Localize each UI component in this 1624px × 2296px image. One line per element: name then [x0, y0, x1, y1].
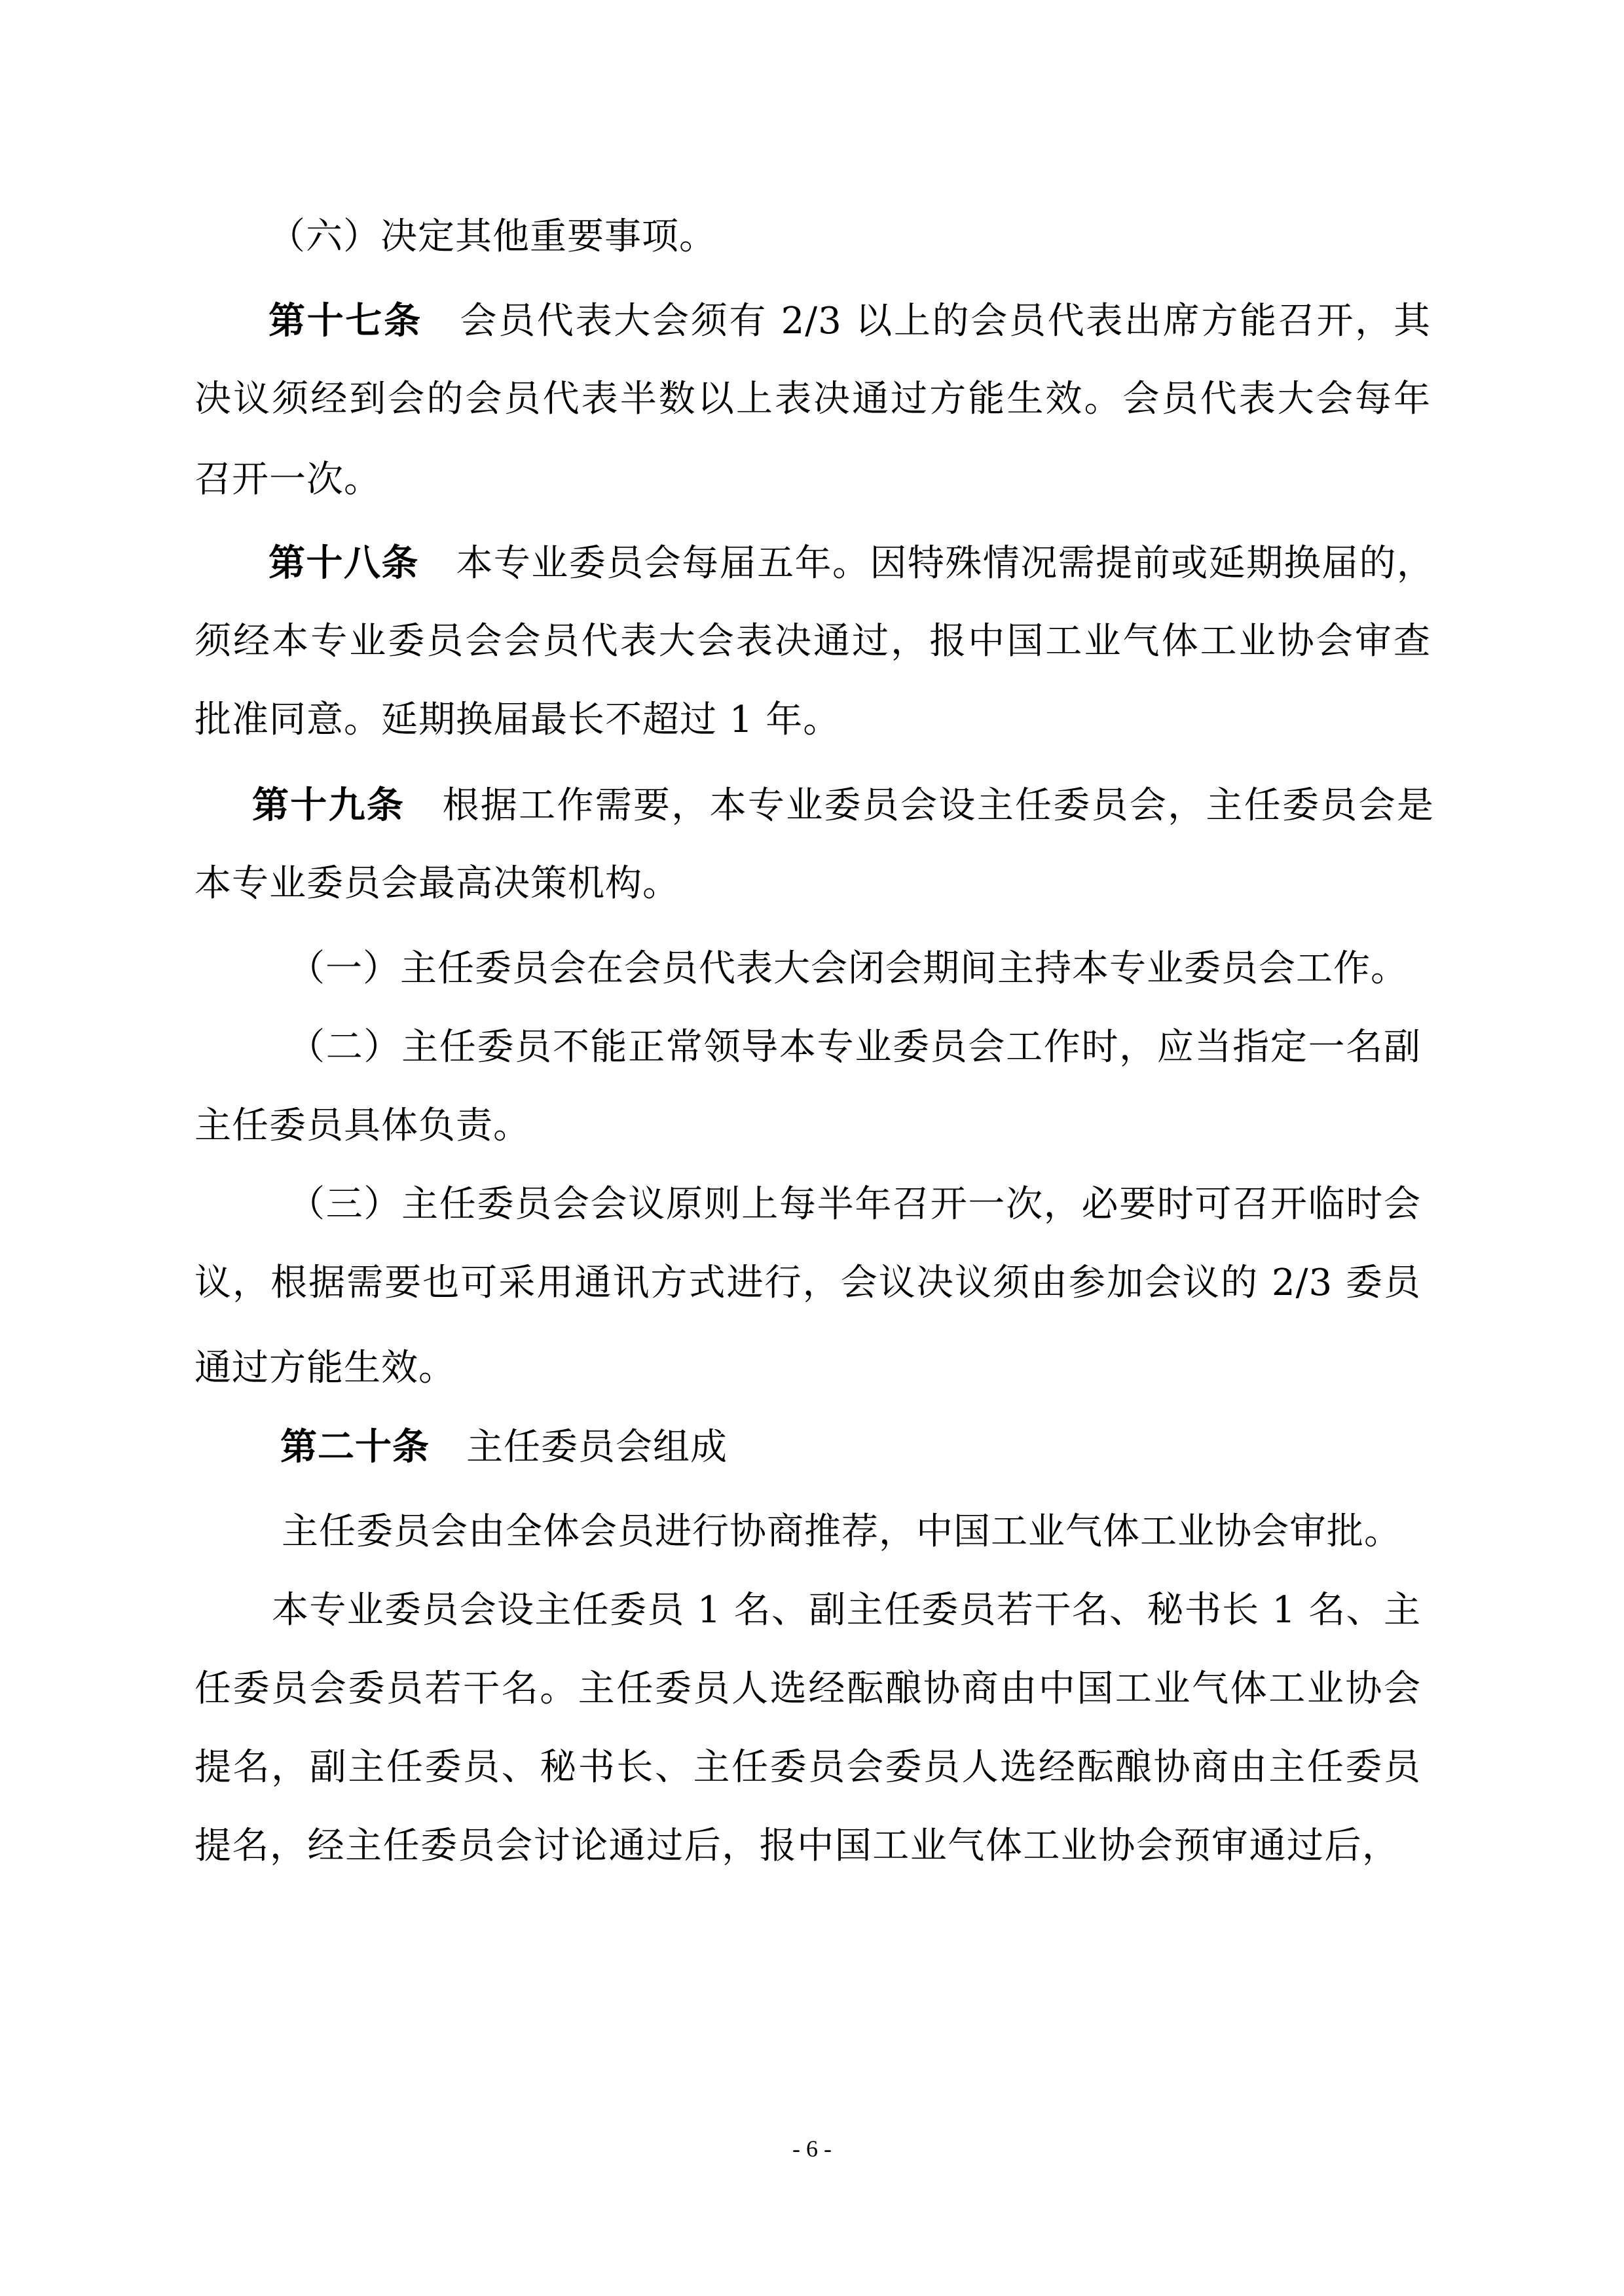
line-text: 本专业委员会最高决策机构。 — [194, 862, 680, 905]
paragraph-line: 本专业委员会最高决策机构。 — [194, 858, 1432, 910]
line-text: （二）主任委员不能正常领导本专业委员会工作时，应当指定一名副 — [288, 1026, 1421, 1068]
paragraph-line: 提名，副主任委员、秘书长、主任委员会委员人选经酝酿协商由主任委员 — [194, 1741, 1421, 1794]
line-text: 根据工作需要，本专业委员会设主任委员会，主任委员会是 — [441, 784, 1434, 827]
paragraph-line: 主任委员会由全体会员进行协商推荐，中国工业气体工业协会审批。 — [282, 1506, 1434, 1558]
paragraph-line: 决议须经到会的会员代表半数以上表决通过方能生效。会员代表大会每年 — [194, 373, 1431, 426]
article-label: 第二十条 — [280, 1425, 430, 1468]
list-item-line: （二）主任委员不能正常领导本专业委员会工作时，应当指定一名副 — [288, 1021, 1421, 1074]
paragraph-line: 须经本专业委员会会员代表大会表决通过，报中国工业气体工业协会审查 — [194, 615, 1431, 668]
line-text: 召开一次。 — [194, 458, 381, 501]
paragraph-line: 召开一次。 — [194, 454, 1432, 506]
paragraph-line: 议，根据需要也可采用通讯方式进行，会议决议须由参加会议的 2/3 委员 — [194, 1257, 1421, 1309]
page-number: - 6 - — [0, 2136, 1624, 2162]
list-item-line: （一）主任委员会在会员代表大会闭会期间主持本专业委员会工作。 — [288, 943, 1434, 995]
article-20-heading-line: 第二十条主任委员会组成 — [280, 1421, 1433, 1473]
line-text: 决议须经到会的会员代表半数以上表决通过方能生效。会员代表大会每年 — [194, 378, 1431, 420]
article-18-heading-line: 第十八条本专业委员会每届五年。因特殊情况需提前或延期换届的， — [268, 537, 1434, 589]
paragraph-line: 任委员会委员若干名。主任委员人选经酝酿协商由中国工业气体工业协会 — [194, 1663, 1421, 1715]
article-17-heading-line: 第十七条会员代表大会须有 2/3 以上的会员代表出席方能召开，其 — [268, 295, 1431, 347]
line-text: 主任委员会组成 — [466, 1426, 728, 1468]
article-label: 第十八条 — [268, 541, 419, 585]
line-text: 批准同意。延期换届最长不超过 1 年。 — [194, 699, 840, 741]
line-text: 须经本专业委员会会员代表大会表决通过，报中国工业气体工业协会审查 — [194, 620, 1431, 663]
line-text: 会员代表大会须有 2/3 以上的会员代表出席方能召开，其 — [459, 300, 1431, 342]
paragraph-line: （六）决定其他重要事项。 — [268, 211, 1434, 263]
line-text: （一）主任委员会在会员代表大会闭会期间主持本专业委员会工作。 — [288, 947, 1408, 990]
line-text: （六）决定其他重要事项。 — [268, 215, 716, 258]
document-page: （六）决定其他重要事项。 第十七条会员代表大会须有 2/3 以上的会员代表出席方… — [0, 0, 1624, 2296]
line-text: 通过方能生效。 — [194, 1347, 456, 1389]
line-text: 本专业委员会设主任委员 1 名、副主任委员若干名、秘书长 1 名、主 — [272, 1589, 1421, 1631]
paragraph-line: 通过方能生效。 — [194, 1342, 1432, 1394]
article-label: 第十九条 — [252, 784, 405, 827]
line-text: 主任委员会由全体会员进行协商推荐，中国工业气体工业协会审批。 — [282, 1510, 1401, 1553]
line-text: 任委员会委员若干名。主任委员人选经酝酿协商由中国工业气体工业协会 — [194, 1667, 1421, 1710]
line-text: 主任委员具体负责。 — [194, 1104, 530, 1147]
paragraph-line: 批准同意。延期换届最长不超过 1 年。 — [194, 694, 1432, 746]
paragraph-line: 本专业委员会设主任委员 1 名、副主任委员若干名、秘书长 1 名、主 — [272, 1584, 1421, 1637]
line-text: （三）主任委员会会议原则上每半年召开一次，必要时可召开临时会 — [288, 1183, 1421, 1226]
line-text: 本专业委员会每届五年。因特殊情况需提前或延期换届的， — [456, 542, 1434, 585]
paragraph-line: 提名，经主任委员会讨论通过后，报中国工业气体工业协会预审通过后， — [194, 1820, 1399, 1872]
line-text: 议，根据需要也可采用通讯方式进行，会议决议须由参加会议的 2/3 委员 — [194, 1262, 1421, 1304]
line-text: 提名，经主任委员会讨论通过后，报中国工业气体工业协会预审通过后， — [194, 1825, 1399, 1867]
line-text: 提名，副主任委员、秘书长、主任委员会委员人选经酝酿协商由主任委员 — [194, 1746, 1421, 1789]
list-item-line: （三）主任委员会会议原则上每半年召开一次，必要时可召开临时会 — [288, 1178, 1421, 1231]
article-label: 第十七条 — [268, 299, 422, 342]
article-19-heading-line: 第十九条根据工作需要，本专业委员会设主任委员会，主任委员会是 — [252, 779, 1434, 831]
paragraph-line: 主任委员具体负责。 — [194, 1100, 1432, 1152]
